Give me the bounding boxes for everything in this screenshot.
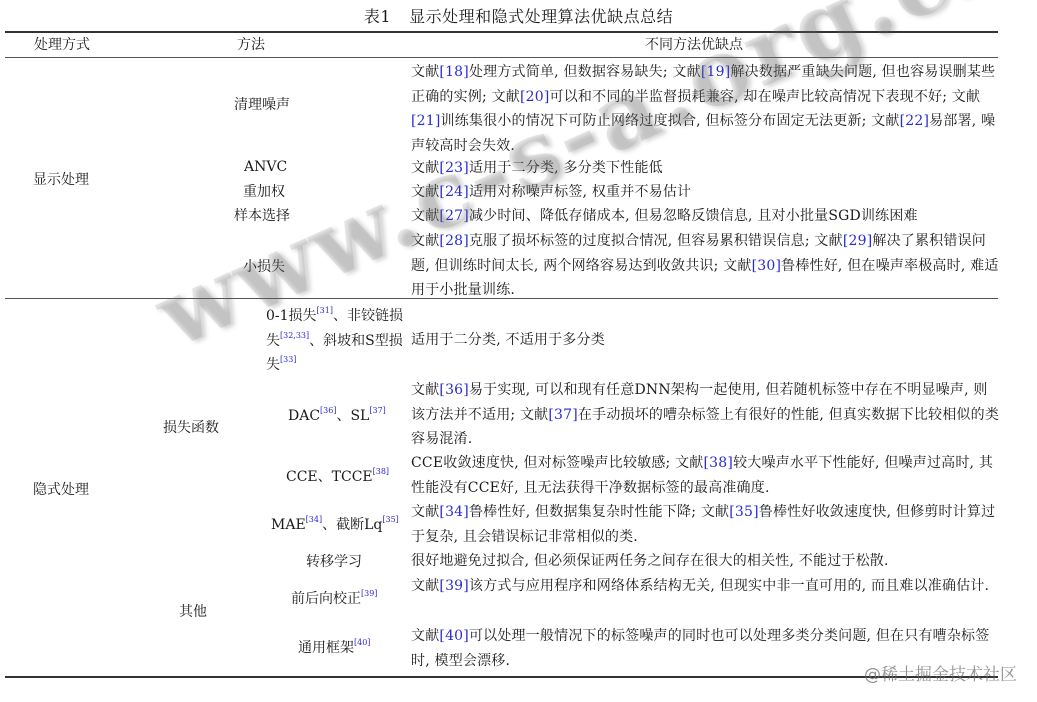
description-cell: 文献[39]该方式与应用程序和网络体系结构无关, 但现实中非一直可用的, 而且难… [411,574,1001,599]
reference-link[interactable]: [37] [548,407,578,423]
subgroup-other: 其他 [179,600,207,625]
description-cell: 文献[23]适用于二分类, 多分类下性能低 [411,156,1001,181]
reference-link[interactable]: [22] [900,113,930,129]
reference-link[interactable]: [20] [520,89,550,105]
method-cell: ANVC [244,155,287,180]
reference-link[interactable]: [38] [373,467,389,476]
method-cell: 清理噪声 [234,93,290,118]
reference-link[interactable]: [39] [439,578,469,594]
description-cell: 文献[18]处理方式简单, 但数据容易缺失; 文献[19]解决数据严重缺失问题,… [411,60,1001,158]
category-implicit: 隐式处理 [33,478,89,503]
method-cell: MAE[34]、截断Lq[35] [271,513,399,538]
description-cell: 文献[34]鲁棒性好, 但数据集复杂时性能下降; 文献[35]鲁棒性好收敛速度快… [411,500,1001,549]
reference-link[interactable]: [33] [280,355,296,364]
reference-link[interactable]: [35] [729,504,759,520]
table-number: 表1 [364,7,391,26]
reference-link[interactable]: [34] [306,515,322,524]
reference-link[interactable]: [19] [701,64,731,80]
header-method: 方法 [237,34,265,56]
reference-link[interactable]: [32,33] [280,331,309,340]
reference-link[interactable]: [36] [439,382,469,398]
header-category: 处理方式 [34,34,90,56]
description-cell: 很好地避免过拟合, 但必须保证两任务之间存在很大的相关性, 不能过于松散. [411,549,1001,574]
reference-link[interactable]: [30] [752,258,782,274]
reference-link[interactable]: [40] [354,638,370,647]
reference-link[interactable]: [36] [320,406,336,415]
paper-page: 表1显示处理和隐式处理算法优缺点总结 处理方式 方法 不同方法优缺点 显示处理 … [0,0,1037,702]
description-cell: 文献[24]适用对称噪声标签, 权重并不易估计 [411,180,1001,205]
method-cell: 小损失 [243,255,285,280]
description-cell: 适用于二分类, 不适用于多分类 [411,328,1001,353]
brand-watermark: @稀土掘金技术社区 [864,660,1017,685]
reference-link[interactable]: [24] [439,184,469,200]
reference-link[interactable]: [38] [704,455,734,471]
method-cell: 样本选择 [234,204,290,229]
reference-link[interactable]: [39] [361,589,377,598]
description-cell: 文献[28]克服了损坏标签的过度拟合情况, 但容易累积错误信息; 文献[29]解… [411,229,1001,303]
description-cell: 文献[36]易于实现, 可以和现有任意DNN架构一起使用, 但若随机标签中存在不… [411,378,1001,452]
method-cell: 0-1损失[31]、非铰链损失[32,33]、斜坡和S型损失[33] [266,304,406,378]
reference-link[interactable]: [29] [843,233,873,249]
header-pros-cons: 不同方法优缺点 [645,34,743,56]
reference-link[interactable]: [35] [382,515,398,524]
reference-link[interactable]: [40] [439,628,469,644]
method-cell: 转移学习 [306,550,362,575]
method-cell: 重加权 [243,180,285,205]
method-cell: 通用框架[40] [298,636,370,661]
reference-link[interactable]: [37] [369,406,385,415]
header-rule [5,57,998,58]
description-cell: 文献[27]减少时间、降低存储成本, 但易忽略反馈信息, 且对小批量SGD训练困… [411,204,1001,229]
reference-link[interactable]: [28] [439,233,469,249]
top-rule [5,31,998,33]
reference-link[interactable]: [23] [439,160,469,176]
table-caption: 表1显示处理和隐式处理算法优缺点总结 [0,4,1037,27]
reference-link[interactable]: [21] [411,113,441,129]
description-cell: CCE收敛速度快, 但对标签噪声比较敏感; 文献[38]较大噪声水平下性能好, … [411,451,1001,500]
reference-link[interactable]: [34] [439,504,469,520]
method-cell: CCE、TCCE[38] [286,465,389,490]
table-title: 显示处理和隐式处理算法优缺点总结 [409,7,673,26]
reference-link[interactable]: [31] [317,306,333,315]
reference-link[interactable]: [27] [439,208,469,224]
subgroup-loss-function: 损失函数 [163,416,219,441]
method-cell: DAC[36]、SL[37] [288,404,386,429]
reference-link[interactable]: [18] [439,64,469,80]
bottom-rule [5,676,998,678]
method-cell: 前后向校正[39] [291,587,377,612]
category-explicit: 显示处理 [33,168,89,193]
